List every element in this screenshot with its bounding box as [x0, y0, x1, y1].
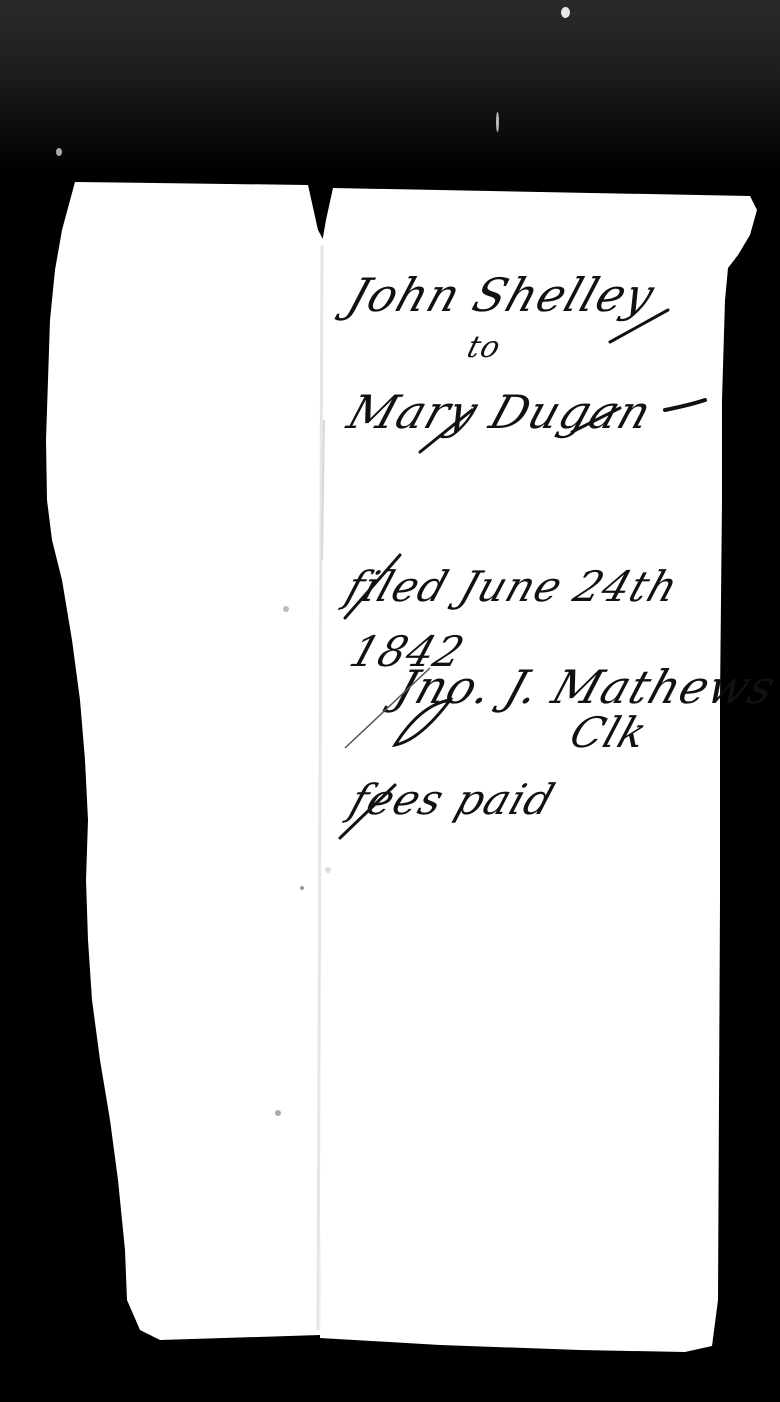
pen-flourish [0, 0, 780, 1402]
